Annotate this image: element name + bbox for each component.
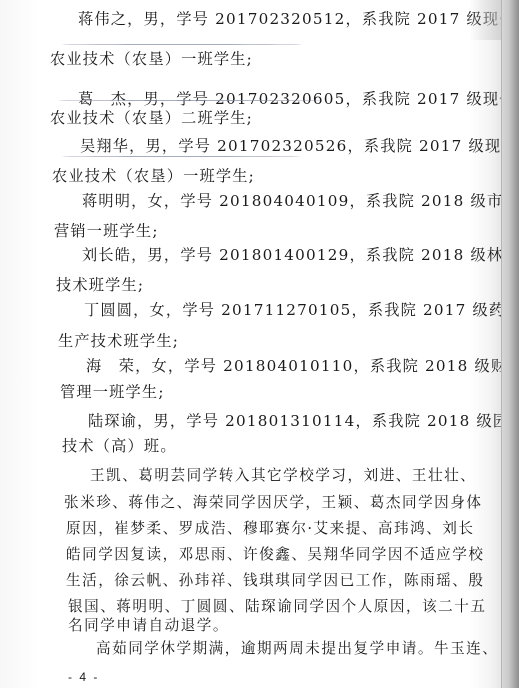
- student-entry-line: 农业技术（农垦）一班学生;: [52, 167, 255, 185]
- student-entry-line: 蒋明明，女，学号 201804040109，系我院 2018 级市场: [82, 192, 519, 210]
- document-page: 蒋伟之，男，学号 201702320512，系我院 2017 级现代 农业技术（…: [0, 0, 502, 688]
- paragraph-line: 原因，崔梦柔、罗成浩、穆耶赛尔·艾来提、高玮鸿、刘长: [66, 520, 475, 538]
- paragraph-line: 高茹同学休学期满，逾期两周未提出复学申请。牛玉连、: [96, 640, 498, 658]
- paragraph-line: 王凯、葛明芸同学转入其它学校学习，刘进、王壮壮、: [90, 467, 476, 485]
- student-entry-line: 吴翔华，男，学号 201702320526，系我院 2017 级现代: [80, 137, 518, 155]
- pen-underline: [62, 44, 302, 45]
- student-entry-line: 陆琛谕，男，学号 201801310114，系我院 2018 级园林: [88, 412, 519, 430]
- student-entry-line: 技术（高）班。: [62, 437, 177, 455]
- pen-underline: [62, 156, 300, 157]
- student-entry-line: 营销一班学生;: [54, 222, 159, 240]
- student-entry-line: 技术班学生;: [56, 276, 144, 294]
- student-entry-line: 蒋伟之，男，学号 201702320512，系我院 2017 级现代: [78, 10, 516, 28]
- student-entry-line: 葛 杰，男，学号 201702320605，系我院 2017 级现代: [78, 90, 516, 108]
- pen-underline: [58, 100, 323, 101]
- student-entry-line: 农业技术（农垦）二班学生;: [50, 109, 253, 127]
- paragraph-line: 名同学申请自动退学。: [68, 617, 229, 635]
- scan-edge: [501, 0, 519, 688]
- paragraph-line: 银国、蒋明明、丁圆圆、陆琛谕同学因个人原因，该二十五: [68, 598, 486, 616]
- student-entry-line: 刘长皓，男，学号 201801400129，系我院 2018 级林业: [82, 246, 519, 264]
- paragraph-line: 生活，徐云帆、孙玮祥、钱琪琪同学因已工作，陈雨瑶、殷: [66, 572, 484, 590]
- student-entry-line: 农业技术（农垦）一班学生;: [50, 50, 253, 68]
- student-entry-line: 管理一班学生;: [60, 383, 165, 401]
- student-entry-line: 生产技术班学生;: [58, 332, 179, 350]
- student-entry-line: 海 荣，女，学号 201804010110，系我院 2018 级财务: [86, 357, 519, 375]
- paragraph-line: 皓同学因复读，邓思雨、许俊鑫、吴翔华同学因不适应学校: [66, 546, 484, 564]
- paragraph-line: 张米珍、蒋伟之、海荣同学因厌学，王颖、葛杰同学因身体: [64, 494, 482, 512]
- page-number: - 4 -: [68, 670, 99, 684]
- student-entry-line: 丁圆圆，女，学号 201711270105，系我院 2017 级药品: [84, 301, 519, 319]
